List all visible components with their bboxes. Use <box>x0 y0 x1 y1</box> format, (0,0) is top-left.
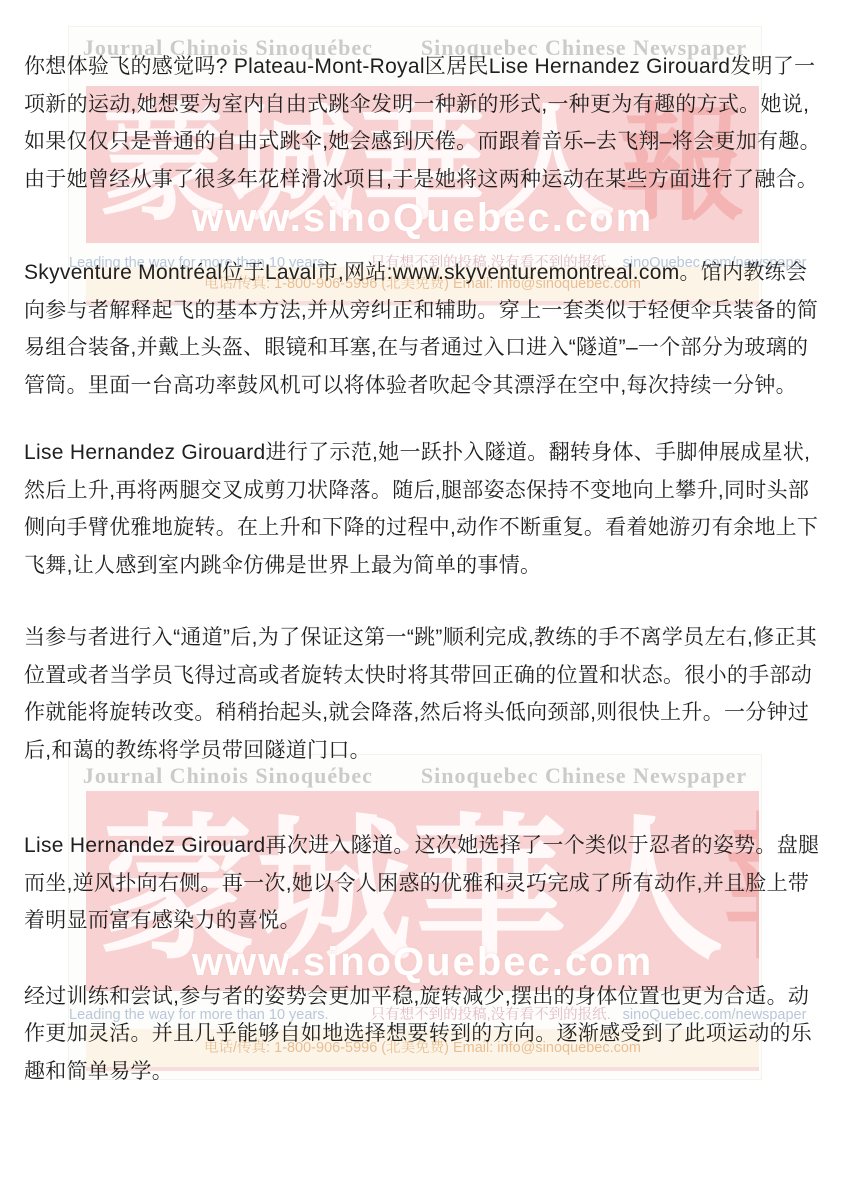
article-paragraph: 你想体验飞的感觉吗? Plateau-Mont-Royal区居民Lise Her… <box>24 48 826 198</box>
article-paragraph: 经过训练和尝试,参与者的姿势会更加平稳,旋转减少,摆出的身体位置也更为合适。动作… <box>24 978 826 1091</box>
article-paragraph: Lise Hernandez Girouard再次进入隧道。这次她选择了一个类似… <box>24 827 826 940</box>
article-paragraph: Skyventure Montréal位于Laval市,网站:www.skyve… <box>24 254 826 404</box>
article-body: 你想体验飞的感觉吗? Plateau-Mont-Royal区居民Lise Her… <box>0 0 860 1090</box>
article-paragraph: Lise Hernandez Girouard进行了示范,她一跃扑入隧道。翻转身… <box>24 434 826 584</box>
article-paragraph: 当参与者进行入“通道”后,为了保证这第一“跳”顺利完成,教练的手不离学员左右,修… <box>24 619 826 769</box>
newspaper-article-page: { "article": { "paragraphs": [ "你想体验飞的感觉… <box>0 0 860 1189</box>
